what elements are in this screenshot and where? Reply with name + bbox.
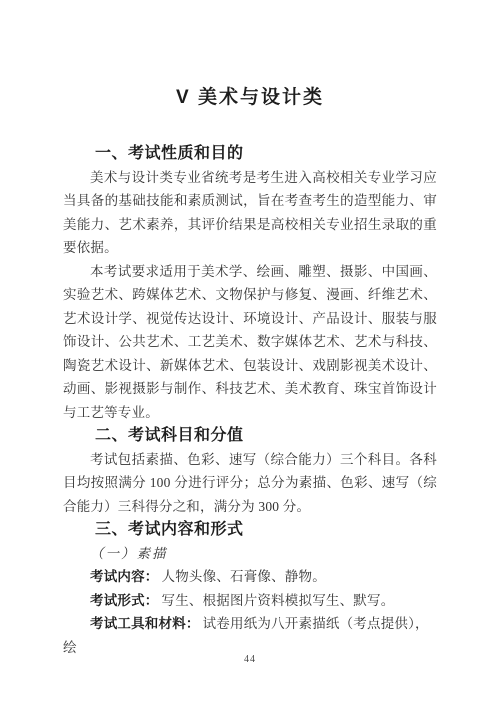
paragraph: 考试包括素描、色彩、速写（综合能力）三个科目。各科目均按照满分 100 分进行评… (63, 448, 437, 519)
section-exam-subjects: 二、考试科目和分值 考试包括素描、色彩、速写（综合能力）三个科目。各科目均按照满… (63, 424, 437, 518)
exam-item-form: 考试形式：写生、根据图片资料模拟写生、默写。 (63, 589, 437, 613)
sub-heading-sketch: （一）素描 (63, 542, 437, 566)
section-exam-content: 三、考试内容和形式 （一）素描 考试内容：人物头像、石膏像、静物。 考试形式：写… (63, 518, 437, 659)
page-title: V 美术与设计类 (63, 84, 437, 111)
exam-item-text: 人物头像、石膏像、静物。 (162, 569, 326, 584)
section-exam-nature: 一、考试性质和目的 美术与设计类专业省统考是考生进入高校相关专业学习应当具备的基… (63, 142, 437, 424)
paragraph: 美术与设计类专业省统考是考生进入高校相关专业学习应当具备的基础技能和素质测试，旨… (63, 166, 437, 260)
exam-item-label: 考试形式： (90, 593, 159, 608)
page-number: 44 (0, 654, 500, 665)
exam-item-tools: 考试工具和材料：试卷用纸为八开素描纸（考点提供），绘 (63, 612, 437, 659)
exam-item-label: 考试内容： (90, 569, 159, 584)
exam-item-content: 考试内容：人物头像、石膏像、静物。 (63, 565, 437, 589)
section-heading-3: 三、考试内容和形式 (63, 518, 437, 542)
document-page: V 美术与设计类 一、考试性质和目的 美术与设计类专业省统考是考生进入高校相关专… (0, 0, 500, 707)
section-heading-1: 一、考试性质和目的 (63, 142, 437, 166)
paragraph: 本考试要求适用于美术学、绘画、雕塑、摄影、中国画、实验艺术、跨媒体艺术、文物保护… (63, 260, 437, 425)
exam-item-text: 写生、根据图片资料模拟写生、默写。 (162, 593, 395, 608)
exam-item-label: 考试工具和材料： (90, 616, 200, 631)
section-heading-2: 二、考试科目和分值 (63, 424, 437, 448)
